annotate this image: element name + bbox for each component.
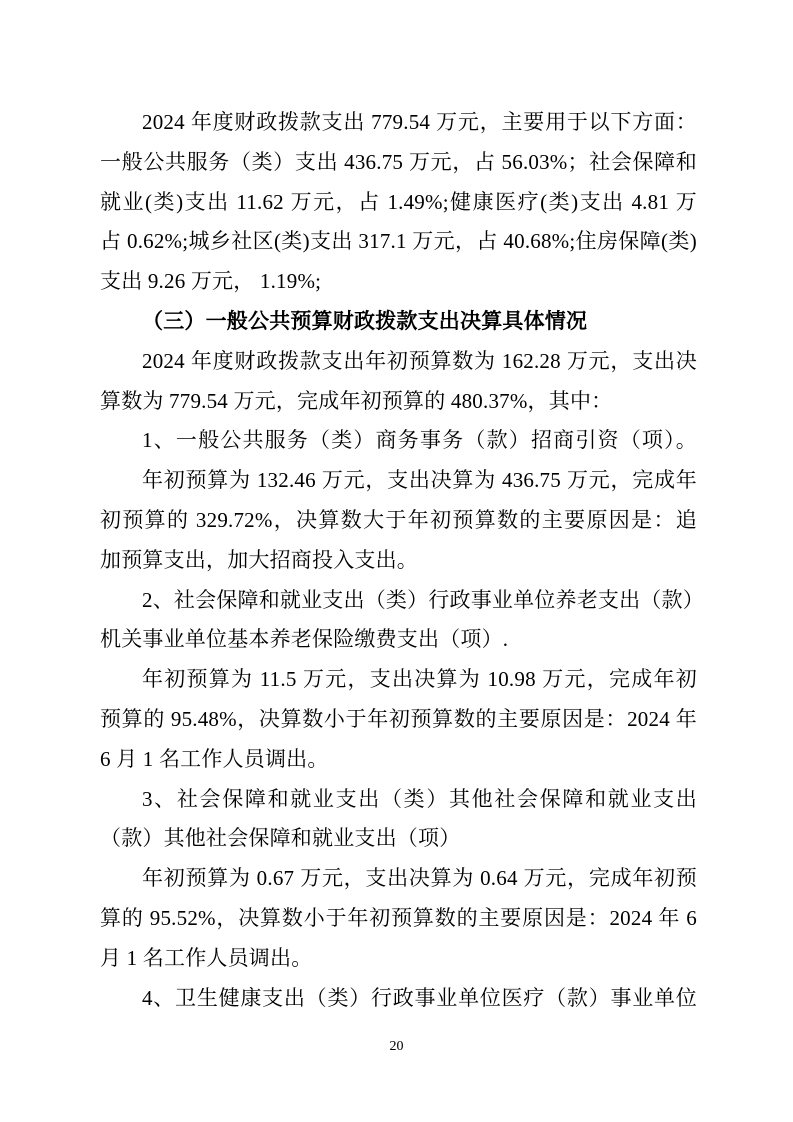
- paragraph-line: 算的 95.52%，决算数小于年初预算数的主要原因是：2024 年 6: [100, 899, 697, 939]
- document-body: 2024 年度财政拨款支出 779.54 万元，主要用于以下方面： 一般公共服务…: [100, 103, 697, 1018]
- list-item-line: 4、卫生健康支出（类）行政事业单位医疗（款）事业单位: [100, 979, 697, 1019]
- paragraph-line: 机关事业单位基本养老保险缴费支出（项）.: [100, 620, 697, 660]
- paragraph-line: 初预算的 329.72%，决算数大于年初预算数的主要原因是：追: [100, 501, 697, 541]
- paragraph-line: 就业(类)支出 11.62 万元，占 1.49%;健康医疗(类)支出 4.81 …: [100, 183, 697, 223]
- paragraph-line: 一般公共服务（类）支出 436.75 万元，占 56.03%；社会保障和: [100, 143, 697, 183]
- list-item-line: 1、一般公共服务（类）商务事务（款）招商引资（项）。: [100, 421, 697, 461]
- paragraph-line: 算数为 779.54 万元，完成年初预算的 480.37%，其中：: [100, 382, 697, 422]
- paragraph-line: 预算的 95.48%，决算数小于年初预算数的主要原因是：2024 年: [100, 700, 697, 740]
- paragraph-line: 年初预算为 132.46 万元，支出决算为 436.75 万元，完成年: [100, 461, 697, 501]
- document-page: 2024 年度财政拨款支出 779.54 万元，主要用于以下方面： 一般公共服务…: [0, 0, 793, 1122]
- paragraph-line: 年初预算为 11.5 万元，支出决算为 10.98 万元，完成年初: [100, 660, 697, 700]
- paragraph-line: 2024 年度财政拨款支出年初预算数为 162.28 万元，支出决: [100, 342, 697, 382]
- paragraph-line: 年初预算为 0.67 万元，支出决算为 0.64 万元，完成年初预: [100, 859, 697, 899]
- paragraph-line: 加预算支出，加大招商投入支出。: [100, 541, 697, 581]
- list-item-line: 2、社会保障和就业支出（类）行政事业单位养老支出（款）: [100, 581, 697, 621]
- section-heading: （三）一般公共预算财政拨款支出决算具体情况: [100, 302, 697, 342]
- page-number: 20: [0, 1038, 793, 1056]
- paragraph-line: 6 月 1 名工作人员调出。: [100, 740, 697, 780]
- paragraph-line: 2024 年度财政拨款支出 779.54 万元，主要用于以下方面：: [100, 103, 697, 143]
- list-item-line: 3、社会保障和就业支出（类）其他社会保障和就业支出: [100, 780, 697, 820]
- paragraph-line: （款）其他社会保障和就业支出（项）: [100, 819, 697, 859]
- paragraph-line: 月 1 名工作人员调出。: [100, 939, 697, 979]
- paragraph-line: 占 0.62%;城乡社区(类)支出 317.1 万元，占 40.68%;住房保障…: [100, 222, 697, 262]
- paragraph-line: 支出 9.26 万元， 1.19%;: [100, 262, 697, 302]
